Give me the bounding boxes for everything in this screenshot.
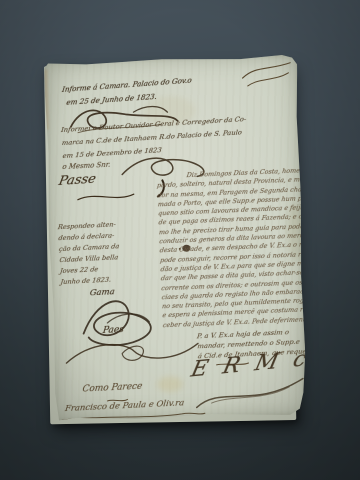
mesmo-snr-paraph-flourish <box>117 150 214 183</box>
body-line: ciaes da guarda do registo lho não embar… <box>161 287 307 303</box>
paper-stain <box>143 95 196 126</box>
margin-note-line: Joves 22 de <box>59 263 121 277</box>
body-line: de que paga os dizimos reaes á Fazenda; … <box>158 212 307 228</box>
body-line: mo lhe he precizo tirar huma guia para p… <box>158 222 307 238</box>
secretary-paraph-flourish <box>65 102 184 137</box>
paes-signature: Paes <box>102 325 124 336</box>
closing-dash <box>214 361 250 368</box>
gama-signature: Gama <box>89 287 115 298</box>
body-line: desta Cidade, e sem despacho de V. Ex.a … <box>159 240 307 256</box>
approver-signature: Francisco de Paula e Oliv.ra <box>64 398 184 414</box>
photograph-of-manuscript: Informe á Camara. Palacio do Gov.o em 25… <box>0 0 360 480</box>
body-line: mada o Porto, que elle Supp.e possue hum… <box>157 194 307 210</box>
erm-closing-initials: E R M ce <box>189 344 307 382</box>
document-stack: Informe á Camara. Palacio do Gov.o em 25… <box>44 55 307 422</box>
petition-body: Diz Domingos Dias da Costa, homem pardo,… <box>157 166 307 330</box>
governor-rubric-flourish <box>240 59 295 90</box>
stray-pen-mark <box>154 178 167 198</box>
body-line: conduzir os generos da dita lavoura ao m… <box>159 231 307 247</box>
body-line: pode conseguir, recorre por isso á notor… <box>159 250 307 266</box>
register-line-1: Informei o Doutor Ouvidor Geral e Correg… <box>60 113 247 137</box>
paes-swash-flourish <box>62 335 205 369</box>
passe-swash-flourish <box>76 190 138 204</box>
body-line: e espera a plenissima mercê que costuma … <box>162 305 307 321</box>
closing-line-2: mandar, remettendo o Supp.e <box>197 336 307 351</box>
top-annotation-line-1: Informe á Camara. Palacio do Gov.o <box>61 76 192 94</box>
margin-note-line: Cidade Villa bella <box>59 252 121 266</box>
closing-line-3: á Cid.e de Itanhaem, que requer. <box>197 346 307 361</box>
gama-paraph-flourish <box>77 291 167 349</box>
body-line: dar que lhe passe a dita guia, visto ach… <box>160 268 307 284</box>
top-annotation-line-2: em 25 de Junho de 1823. <box>66 92 158 107</box>
manuscript-page: Informe á Camara. Palacio do Gov.o em 25… <box>44 55 307 422</box>
paper-stain <box>157 376 183 393</box>
como-parece-note: Como Parece <box>82 382 143 395</box>
closing-block: P. a V. Ex.a haja de assim o mandar, rem… <box>198 326 307 361</box>
body-line: Diz Domingos Dias da Costa, homem <box>186 166 307 181</box>
body-line: pardo, solteiro, natural desta Provincia… <box>156 175 307 191</box>
approval-dash <box>105 397 129 404</box>
register-line-2: marca na C.de de Itanhaem R.do Palacio d… <box>61 126 248 150</box>
closing-line-1: P. a V. Ex.a haja de assim o <box>196 326 307 341</box>
register-line-3: em 15 de Dezembro de 1823 <box>62 139 249 163</box>
body-line: queno sitio com lavouras de mandioca e f… <box>157 203 307 219</box>
passe-despatch: Passe <box>57 172 97 189</box>
body-line: no seu transito, pelo que humildemente r… <box>161 296 307 312</box>
margin-note-line: ção da Camara da <box>58 241 120 255</box>
register-annotation: Informei o Doutor Ouvidor Geral e Correg… <box>62 113 249 162</box>
margin-note: Respondeo alten- dendo á declara- ção da… <box>59 219 123 288</box>
body-line: dor na mesma, em Paragem de Segunda cha- <box>157 185 307 201</box>
body-line: dão e justiça de V. Ex.a para que se dig… <box>160 259 307 275</box>
margin-note-line: Respondeo alten- <box>57 219 119 233</box>
body-line: corrente com os direitos; e outrosim que… <box>161 277 307 293</box>
erm-underswash-flourish <box>191 364 307 413</box>
register-line-4: o Mesmo Snr. <box>62 161 111 171</box>
paper-stain <box>286 202 306 260</box>
margin-note-line: Junho de 1823. <box>60 274 122 288</box>
body-line: ceber da justiça de V. Ex.a. Pede deferi… <box>162 315 307 331</box>
ink-blot <box>181 244 191 253</box>
margin-note-line: dendo á declara- <box>58 230 120 244</box>
